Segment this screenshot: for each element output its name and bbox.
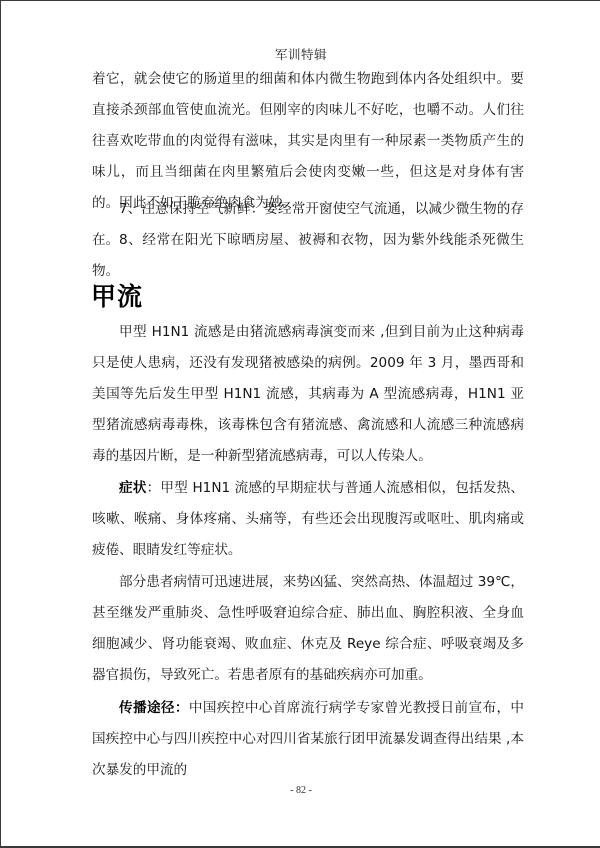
section-heading: 甲流 bbox=[91, 277, 143, 313]
intro-text: 甲型 H1N1 流感是由猪流感病毒演变而来 ,但到目前为止这种病毒只是使人患病，… bbox=[92, 317, 524, 472]
symptoms-paragraph: 症状：甲型 H1N1 流感的早期症状与普通人流感相似，包括发热、咳嗽、喉痛、身体… bbox=[92, 473, 524, 566]
intro-paragraph: 甲型 H1N1 流感是由猪流感病毒演变而来 ,但到目前为止这种病毒只是使人患病，… bbox=[92, 317, 524, 472]
page-number: - 82 - bbox=[1, 785, 600, 796]
severe-cases-paragraph: 部分患者病情可迅速进展，来势凶猛、突然高热、体温超过 39℃，甚至继发严重肺炎、… bbox=[92, 567, 524, 691]
document-page: 军训特辑 着它，就会使它的肠道里的细菌和体内微生物跑到体内各处组织中。要直接杀颈… bbox=[0, 0, 600, 848]
symptoms-label: 症状 bbox=[119, 480, 147, 496]
symptoms-text: ：甲型 H1N1 流感的早期症状与普通人流感相似，包括发热、咳嗽、喉痛、身体疼痛… bbox=[92, 480, 524, 558]
list-item-text: 8、经常在阳光下晾晒房屋、被褥和衣物，因为紫外线能杀死微生物。 bbox=[92, 225, 524, 287]
transmission-label: 传播途径： bbox=[119, 700, 189, 716]
transmission-paragraph: 传播途径：中国疾控中心首席流行病学专家曾光教授日前宣布，中国疾控中心与四川疾控中… bbox=[92, 693, 524, 786]
severe-cases-text: 部分患者病情可迅速进展，来势凶猛、突然高热、体温超过 39℃，甚至继发严重肺炎、… bbox=[92, 567, 524, 691]
list-item-8: 8、经常在阳光下晾晒房屋、被褥和衣物，因为紫外线能杀死微生物。 bbox=[92, 225, 524, 287]
running-header: 军训特辑 bbox=[1, 45, 600, 63]
